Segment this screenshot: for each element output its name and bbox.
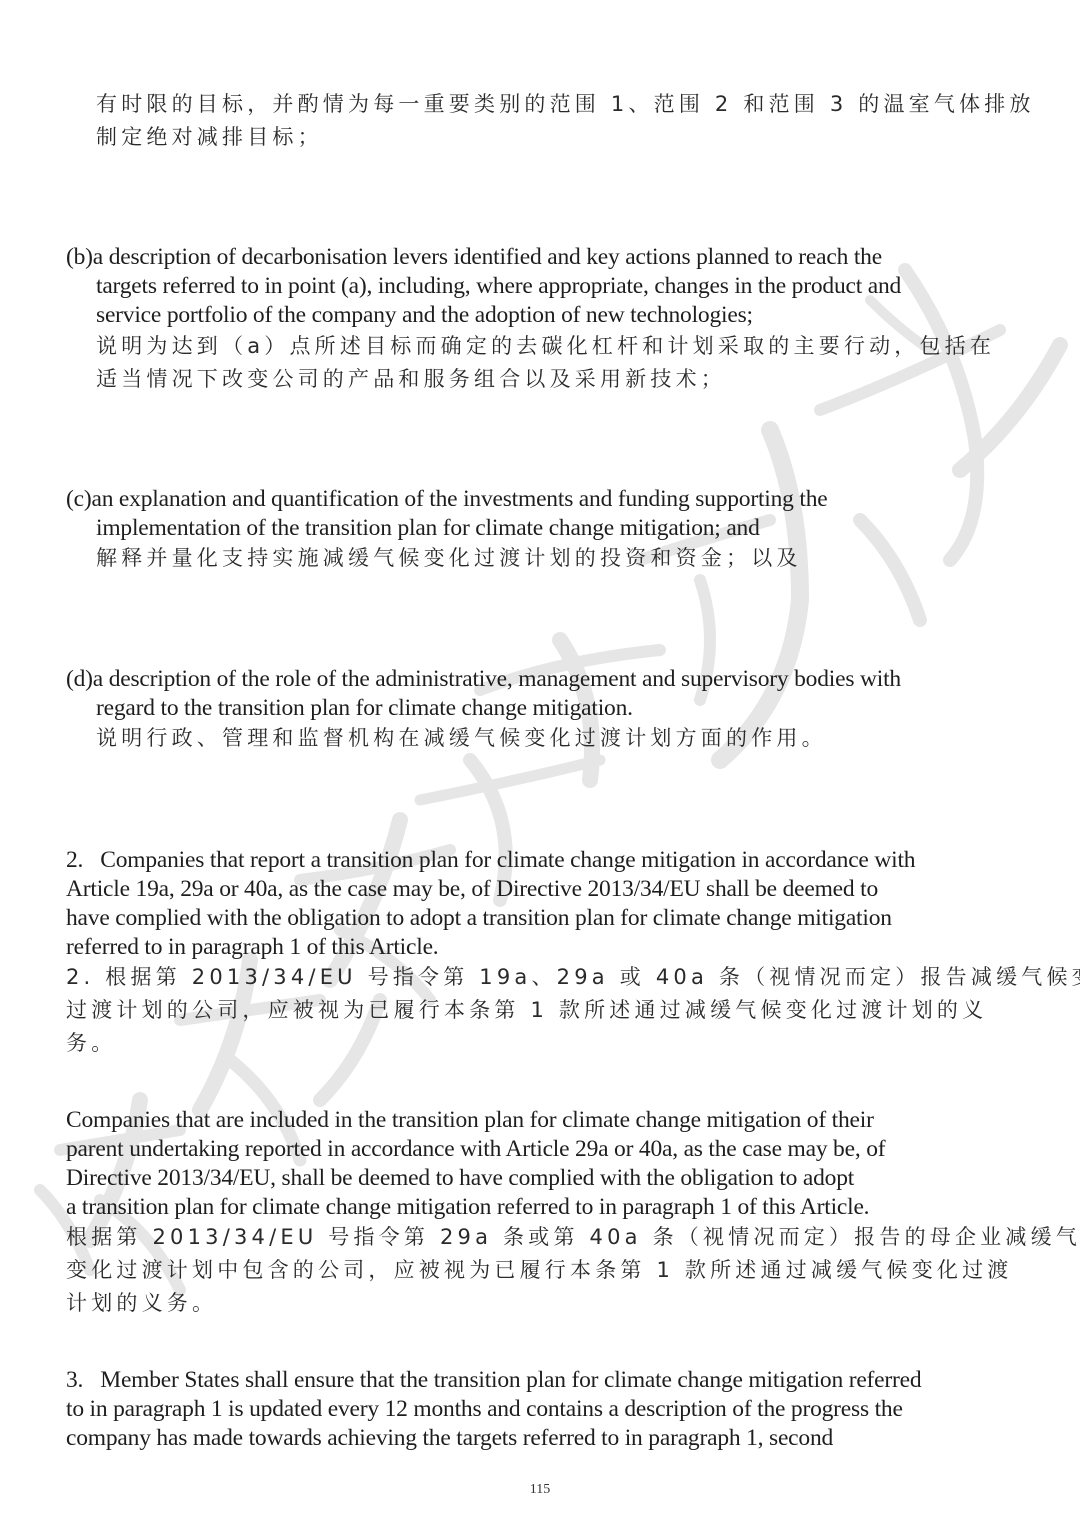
paragraph-2b-en-line-3: Directive 2013/34/EU, shall be deemed to… (66, 1164, 854, 1193)
paragraph-3-en-line-2: to in paragraph 1 is updated every 12 mo… (66, 1395, 903, 1424)
document-page: 有时限的目标，并酌情为每一重要类别的范围 1、范围 2 和范围 3 的温室气体排… (0, 0, 1080, 1527)
paragraph-2b-en-line-2: parent undertaking reported in accordanc… (66, 1135, 885, 1164)
paragraph-d-en-line-2: regard to the transition plan for climat… (96, 694, 633, 723)
paragraph-b-zh-line-2: 适当情况下改变公司的产品和服务组合以及采用新技术； (96, 365, 726, 394)
paragraph-2-en-line-2: Article 19a, 29a or 40a, as the case may… (66, 875, 878, 904)
paragraph-b-zh-line-1: 说明为达到（a）点所述目标而确定的去碳化杠杆和计划采取的主要行动，包括在 (96, 332, 995, 361)
paragraph-c-zh-line-1: 解释并量化支持实施减缓气候变化过渡计划的投资和资金；以及 (96, 544, 802, 573)
paragraph-2b-zh-line-1: 根据第 2013/34/EU 号指令第 29a 条或第 40a 条（视情况而定）… (66, 1223, 1080, 1252)
paragraph-b-en-line-1: (b)a description of decarbonisation leve… (66, 243, 882, 272)
paragraph-2b-en-line-4: a transition plan for climate change mit… (66, 1193, 869, 1222)
paragraph-2-en-line-3: have complied with the obligation to ado… (66, 904, 892, 933)
paragraph-3-en-line-1: 3. Member States shall ensure that the t… (66, 1366, 921, 1395)
paragraph-2b-zh-line-3: 计划的义务。 (66, 1289, 217, 1318)
paragraph-2b-en-line-1: Companies that are included in the trans… (66, 1106, 874, 1135)
paragraph-2-zh-line-3: 务。 (66, 1029, 116, 1058)
paragraph-3-en-line-3: company has made towards achieving the t… (66, 1424, 833, 1453)
paragraph-c-en-line-1: (c)an explanation and quantification of … (66, 485, 828, 514)
paragraph-a-zh-line-1: 有时限的目标，并酌情为每一重要类别的范围 1、范围 2 和范围 3 的温室气体排… (96, 90, 1035, 119)
paragraph-a-zh-line-2: 制定绝对减排目标； (96, 123, 323, 152)
paragraph-d-en-line-1: (d)a description of the role of the admi… (66, 665, 901, 694)
paragraph-d-zh-line-1: 说明行政、管理和监督机构在减缓气候变化过渡计划方面的作用。 (96, 724, 827, 753)
paragraph-2-zh-line-1: 2. 根据第 2013/34/EU 号指令第 19a、29a 或 40a 条（视… (66, 963, 1080, 992)
paragraph-b-en-line-3: service portfolio of the company and the… (96, 301, 753, 330)
page-number: 115 (0, 1482, 1080, 1498)
paragraph-2-zh-line-2: 过渡计划的公司，应被视为已履行本条第 1 款所述通过减缓气候变化过渡计划的义 (66, 996, 987, 1025)
paragraph-2-en-line-1: 2. Companies that report a transition pl… (66, 846, 915, 875)
paragraph-c-en-line-2: implementation of the transition plan fo… (96, 514, 760, 543)
paragraph-2-en-line-4: referred to in paragraph 1 of this Artic… (66, 933, 438, 962)
paragraph-2b-zh-line-2: 变化过渡计划中包含的公司，应被视为已履行本条第 1 款所述通过减缓气候变化过渡 (66, 1256, 1013, 1285)
paragraph-b-en-line-2: targets referred to in point (a), includ… (96, 272, 901, 301)
